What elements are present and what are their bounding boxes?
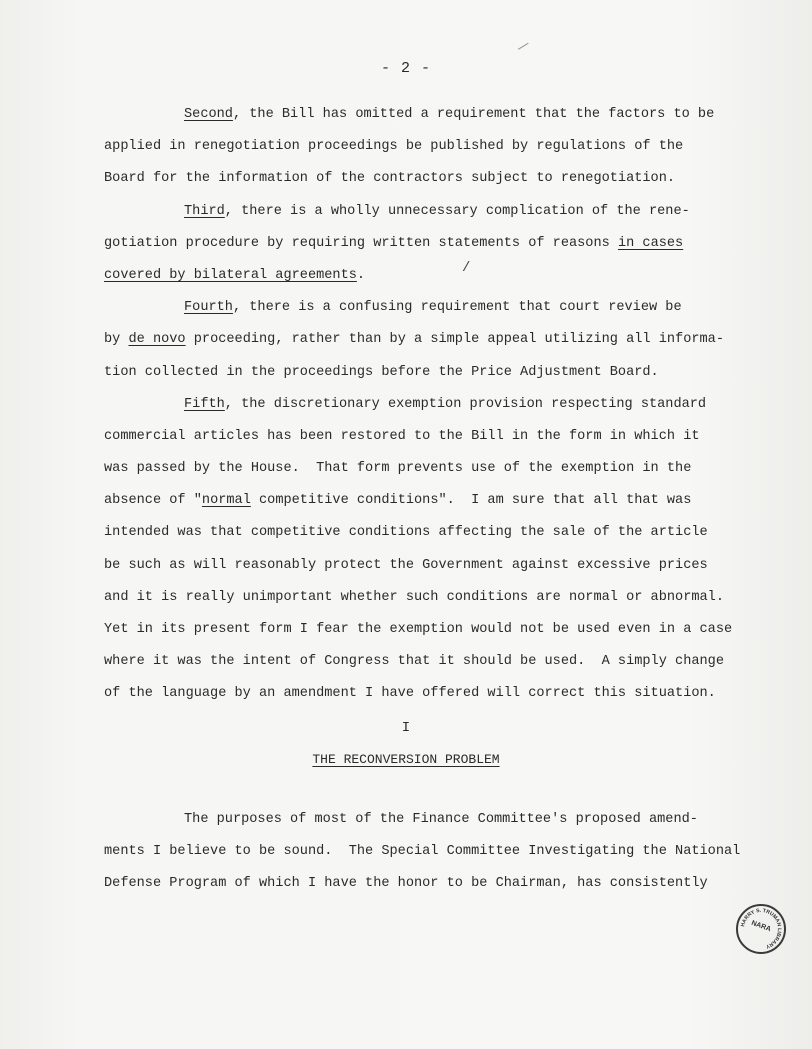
text-line: The purposes of most of the Finance Comm… bbox=[104, 808, 744, 840]
text-line: by de novo proceeding, rather than by a … bbox=[104, 328, 744, 360]
underlined-text: de novo bbox=[128, 332, 185, 347]
text-run: applied in renegotiation proceedings be … bbox=[104, 139, 683, 154]
text-line: Yet in its present form I fear the exemp… bbox=[104, 618, 744, 650]
text-run: Board for the information of the contrac… bbox=[104, 171, 675, 186]
text-run: of the language by an amendment I have o… bbox=[104, 686, 716, 701]
check-mark: / bbox=[462, 260, 470, 276]
text-run: , there is a confusing requirement that … bbox=[233, 300, 682, 315]
text-run: absence of " bbox=[104, 493, 202, 508]
text-line: applied in renegotiation proceedings be … bbox=[104, 135, 744, 167]
text-line: Board for the information of the contrac… bbox=[104, 167, 744, 199]
text-run: gotiation procedure by requiring written… bbox=[104, 236, 618, 251]
document-page: - 2 - Second, the Bill has omitted a req… bbox=[0, 0, 812, 1049]
text-line: and it is really unimportant whether suc… bbox=[104, 586, 744, 618]
text-run: proceeding, rather than by a simple appe… bbox=[186, 332, 724, 347]
section-body-text: The purposes of most of the Finance Comm… bbox=[104, 808, 744, 905]
archive-stamp: HARRY S. TRUMAN LIBRARY NARA bbox=[736, 904, 786, 954]
text-run: ments I believe to be sound. The Special… bbox=[104, 844, 740, 859]
section-numeral: I bbox=[0, 720, 812, 736]
text-run: . bbox=[357, 268, 365, 283]
text-run: Defense Program of which I have the hono… bbox=[104, 876, 708, 891]
pencil-mark: / bbox=[515, 39, 530, 57]
text-run: intended was that competitive conditions… bbox=[104, 525, 708, 540]
text-line: Fifth, the discretionary exemption provi… bbox=[104, 393, 744, 425]
text-line: was passed by the House. That form preve… bbox=[104, 457, 744, 489]
text-line: gotiation procedure by requiring written… bbox=[104, 232, 744, 264]
text-line: Defense Program of which I have the hono… bbox=[104, 872, 744, 904]
text-line: of the language by an amendment I have o… bbox=[104, 682, 744, 714]
underlined-text: Third bbox=[184, 204, 225, 219]
section-heading: THE RECONVERSION PROBLEM bbox=[0, 752, 812, 767]
text-run: by bbox=[104, 332, 128, 347]
text-run: where it was the intent of Congress that… bbox=[104, 654, 724, 669]
text-run: was passed by the House. That form preve… bbox=[104, 461, 691, 476]
underlined-text: Second bbox=[184, 107, 233, 122]
text-line: Second, the Bill has omitted a requireme… bbox=[104, 103, 744, 135]
text-run: tion collected in the proceedings before… bbox=[104, 365, 659, 380]
text-line: Third, there is a wholly unnecessary com… bbox=[104, 200, 744, 232]
text-run: competitive conditions". I am sure that … bbox=[251, 493, 692, 508]
text-line: be such as will reasonably protect the G… bbox=[104, 554, 744, 586]
text-run: , the discretionary exemption provision … bbox=[225, 397, 706, 412]
text-line: absence of "normal competitive condition… bbox=[104, 489, 744, 521]
underlined-text: Fifth bbox=[184, 397, 225, 412]
text-run: and it is really unimportant whether suc… bbox=[104, 590, 724, 605]
text-run: commercial articles has been restored to… bbox=[104, 429, 700, 444]
text-line: commercial articles has been restored to… bbox=[104, 425, 744, 457]
text-line: tion collected in the proceedings before… bbox=[104, 361, 744, 393]
text-run: , the Bill has omitted a requirement tha… bbox=[233, 107, 714, 122]
page-number: - 2 - bbox=[0, 60, 812, 77]
underlined-text: normal bbox=[202, 493, 251, 508]
underlined-text: covered by bilateral agreements bbox=[104, 268, 357, 283]
text-run: be such as will reasonably protect the G… bbox=[104, 558, 708, 573]
underlined-text: Fourth bbox=[184, 300, 233, 315]
text-run: , there is a wholly unnecessary complica… bbox=[225, 204, 690, 219]
text-line: covered by bilateral agreements. bbox=[104, 264, 744, 296]
text-run: Yet in its present form I fear the exemp… bbox=[104, 622, 732, 637]
text-line: where it was the intent of Congress that… bbox=[104, 650, 744, 682]
text-line: intended was that competitive conditions… bbox=[104, 521, 744, 553]
text-run: The purposes of most of the Finance Comm… bbox=[184, 812, 698, 827]
section-heading-text: THE RECONVERSION PROBLEM bbox=[312, 752, 499, 767]
text-line: Fourth, there is a confusing requirement… bbox=[104, 296, 744, 328]
underlined-text: in cases bbox=[618, 236, 683, 251]
body-text: Second, the Bill has omitted a requireme… bbox=[104, 103, 744, 715]
text-line: ments I believe to be sound. The Special… bbox=[104, 840, 744, 872]
